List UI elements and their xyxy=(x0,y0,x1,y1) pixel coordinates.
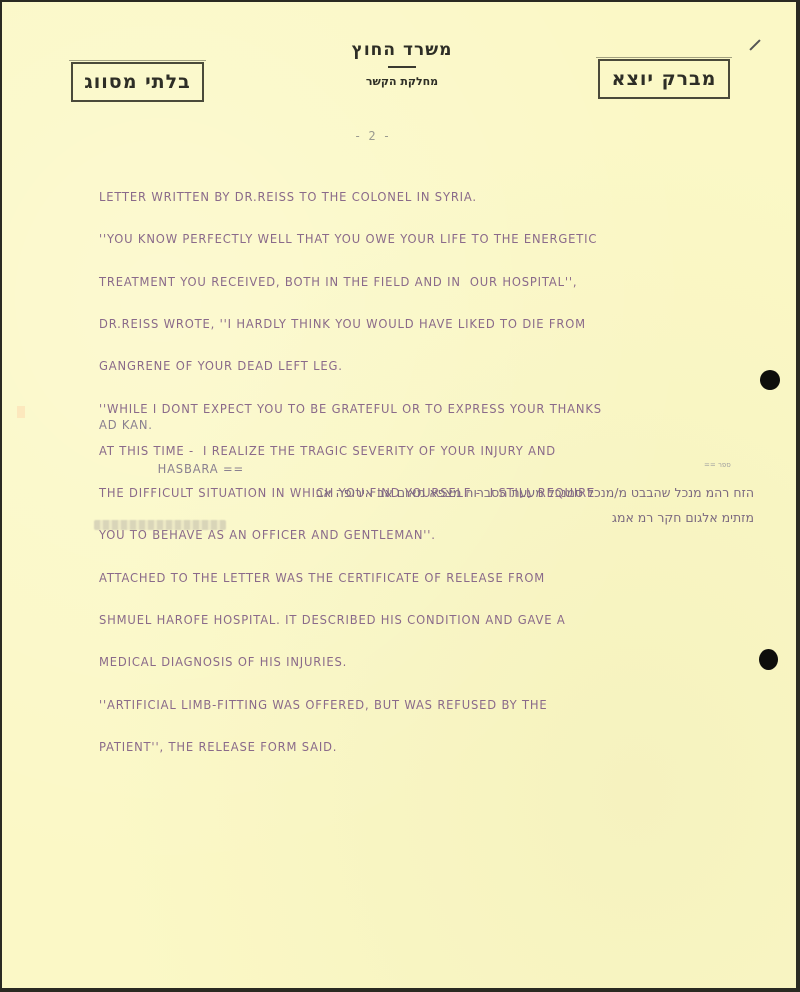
body-line: LETTER WRITTEN BY DR.REISS TO THE COLONE… xyxy=(99,190,602,204)
body-line: TREATMENT YOU RECEIVED, BOTH IN THE FIEL… xyxy=(99,275,602,289)
signoff-sender: HASBARA == xyxy=(99,462,244,477)
punch-hole xyxy=(759,649,778,670)
body-line: GANGRENE OF YOUR DEAD LEFT LEG. xyxy=(99,359,602,373)
distribution-line: הזח רהמ מנכל שהבבט מ/מנכל סמנכל מעעת הסב… xyxy=(142,480,754,505)
classification-stamp-label: בלתי מסווג xyxy=(84,71,190,93)
body-line: SHMUEL HAROFE HOSPITAL. IT DESCRIBED HIS… xyxy=(99,613,602,627)
body-line: PATIENT'', THE RELEASE FORM SAID. xyxy=(99,740,602,754)
body-line: ''YOU KNOW PERFECTLY WELL THAT YOU OWE Y… xyxy=(99,232,602,246)
letterhead: משרד החוץ מחלקת הקשר xyxy=(302,40,502,88)
department-title: מחלקת הקשר xyxy=(302,75,502,88)
telegram-type-stamp-label: מברק יוצא xyxy=(612,68,717,90)
letterhead-divider xyxy=(388,66,416,68)
distribution-line: מזתימ אלגום חקר רמ אמג xyxy=(142,505,754,530)
body-line: ATTACHED TO THE LETTER WAS THE CERTIFICA… xyxy=(99,571,602,585)
distribution-mark: ספר == xyxy=(704,461,731,469)
check-mark-icon xyxy=(749,39,760,50)
telegram-type-stamp: מברק יוצא xyxy=(598,59,730,99)
telegram-page: בלתי מסווג משרד החוץ מחלקת הקשר מברק יוצ… xyxy=(2,2,796,988)
classification-stamp: בלתי מסווג xyxy=(71,62,204,102)
faded-stamp-mark xyxy=(94,520,226,530)
body-line: YOU TO BEHAVE AS AN OFFICER AND GENTLEMA… xyxy=(99,528,602,542)
body-line: MEDICAL DIAGNOSIS OF HIS INJURIES. xyxy=(99,655,602,669)
ministry-title: משרד החוץ xyxy=(302,40,502,60)
paper-stain xyxy=(17,406,25,418)
body-line: DR.REISS WROTE, ''I HARDLY THINK YOU WOU… xyxy=(99,317,602,331)
signoff-ad-kan: AD KAN. xyxy=(99,418,244,433)
body-line: ''ARTIFICIAL LIMB-FITTING WAS OFFERED, B… xyxy=(99,698,602,712)
distribution-list: הזח רהמ מנכל שהבבט מ/מנכל סמנכל מעעת הסב… xyxy=(142,480,754,530)
punch-hole xyxy=(760,370,780,390)
page-number: - 2 - xyxy=(342,129,402,143)
